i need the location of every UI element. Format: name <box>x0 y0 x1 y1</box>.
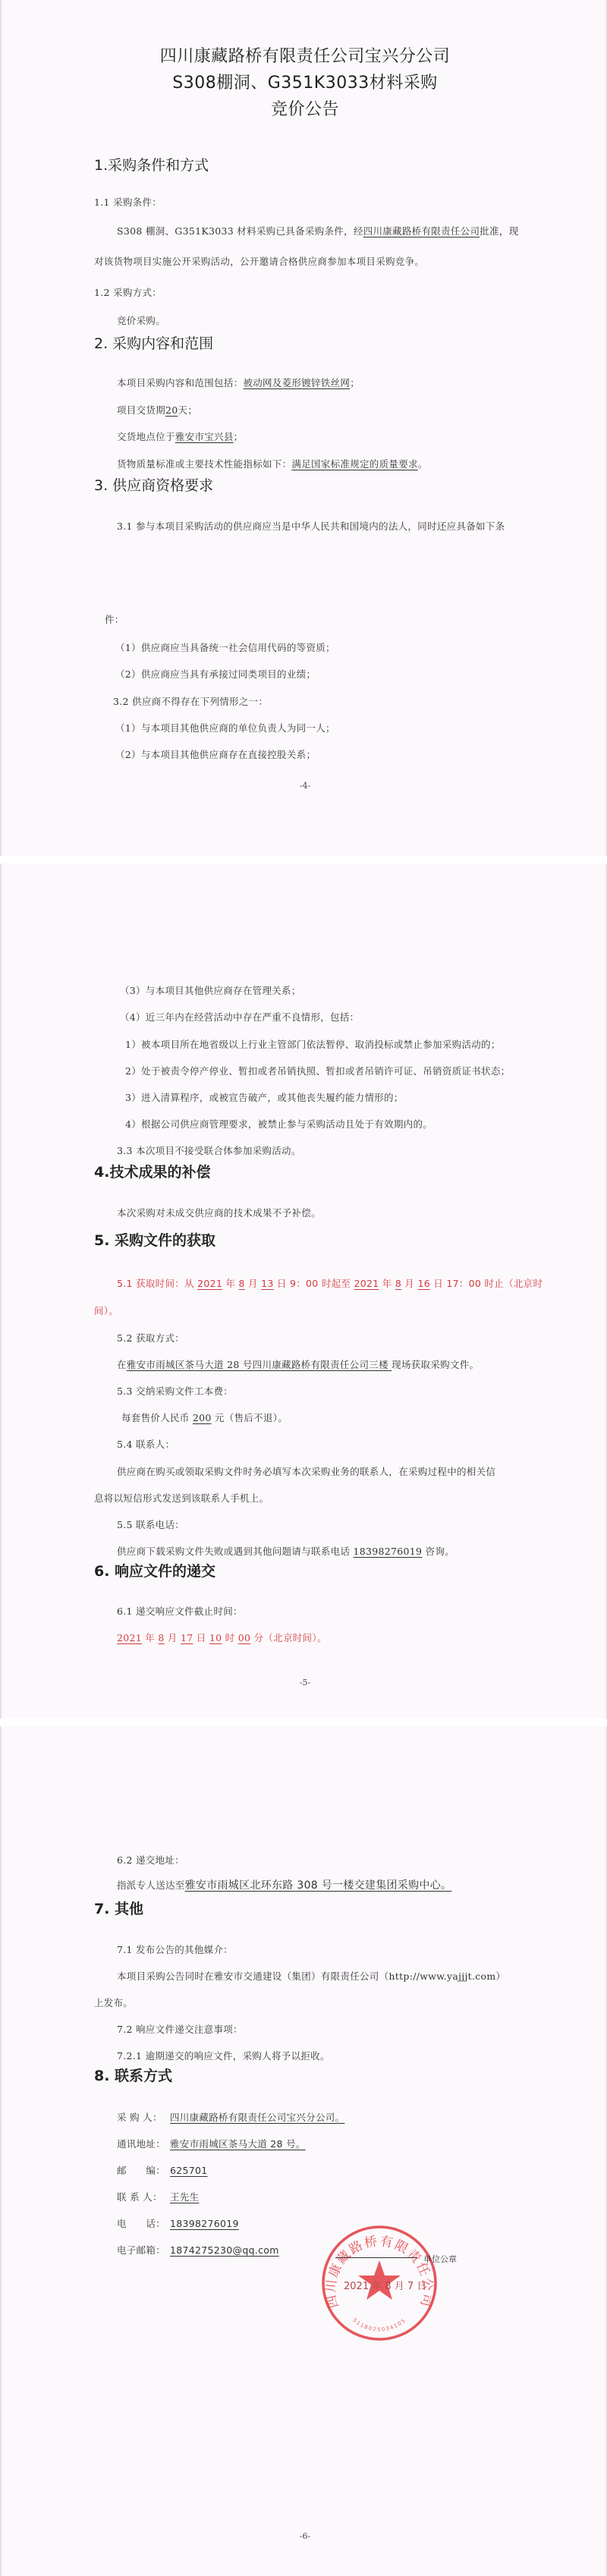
section-5-1-acquisition-time: 5.1 获取时间：从 2021 年 8 月 13 日 9：00 时起至 2021… <box>117 1276 543 1290</box>
section-3-1-text: 3.1 参与本项目采购活动的供应商应当是中华人民共和国境内的法人，同时还应具备如… <box>117 519 505 533</box>
text-fragment: 日 <box>193 1632 209 1643</box>
section-1-1-text: S308 棚洞、G351K3033 材料采购已具备采购条件，经四川康藏路桥有限责… <box>117 224 518 237</box>
deadline-day: 17 <box>181 1632 193 1643</box>
location-label: 交货地点位于 <box>117 431 175 442</box>
location-value: 雅安市宝兴县 <box>175 431 234 442</box>
text-fragment: 咨询。 <box>422 1546 454 1557</box>
page-number: -6- <box>2 2531 607 2541</box>
quality-label: 货物质量标准或主要技术性能指标如下： <box>117 458 291 470</box>
contact-phone: 18398276019 <box>170 2218 239 2229</box>
contact-label: 通讯地址： <box>117 2137 170 2150</box>
sub-list-item: 3）进入清算程序，或被宣告破产，或其他丧失履约能力情形的； <box>125 1090 404 1104</box>
seal-caption: 单位公章 <box>423 2253 457 2265</box>
text-fragment: S308 棚洞、G351K3033 材料采购已具备采购条件，经 <box>117 225 363 237</box>
mailing-address: 雅安市雨城区茶马大道 28 号。 <box>170 2138 315 2150</box>
text-fragment: 月 <box>165 1632 181 1643</box>
section-4-heading: 4.技术成果的补偿 <box>94 1161 210 1181</box>
section-5-4-text-cont: 息将以短信形式发送到该联系人手机上。 <box>94 1491 269 1505</box>
text-fragment: 日 17：00 时止（北京时 <box>430 1278 543 1289</box>
approver-name: 四川康藏路桥有限责任公司 <box>363 225 480 237</box>
text-fragment: 年 <box>142 1632 158 1643</box>
section-6-2-label: 6.2 递交地址： <box>117 1853 184 1867</box>
section-5-heading: 5. 采购文件的获取 <box>94 1229 215 1250</box>
pickup-address: 雅安市雨城区茶马大道 28 号四川康藏路桥有限责任公司三楼 <box>127 1359 392 1370</box>
contact-row-email: 电子邮箱：1874275230@qq.com <box>117 2243 279 2257</box>
contact-row-phone: 电 话：18398276019 <box>117 2216 239 2230</box>
section-3-3-text: 3.3 本次项目不接受联合体参加采购活动。 <box>117 1143 301 1157</box>
quality-value: 满足国家标准规定的质量要求 <box>291 458 417 470</box>
text-fragment: ； <box>234 431 244 442</box>
sub-list-item: 1）被本项目所在地省级以上行业主管部门依法暂停、取消投标或禁止参加采购活动的； <box>125 1037 501 1051</box>
section-2-heading: 2. 采购内容和范围 <box>94 332 213 353</box>
list-item: （1）与本项目其他供应商的单位负责人为同一人； <box>115 721 335 734</box>
section-7-2-label: 7.2 响应文件递交注意事项： <box>117 2022 243 2036</box>
text-fragment: ； <box>350 377 360 388</box>
end-day: 16 <box>418 1278 431 1289</box>
text-fragment: 每套售价人民币 <box>121 1412 193 1423</box>
contact-phone: 18398276019 <box>353 1546 422 1557</box>
section-5-4-text: 供应商在购买或领取采购文件时务必填写本次采购业务的联系人，在采购过程中的相关信 <box>117 1464 495 1478</box>
document-page-4: 四川康藏路桥有限责任公司宝兴分公司 S308棚洞、G351K3033材料采购 竞… <box>0 0 607 856</box>
text-fragment: 。 <box>418 458 428 470</box>
deadline-year: 2021 <box>117 1632 142 1643</box>
seal-signature-line <box>335 2257 417 2258</box>
document-title-line-1: 四川康藏路桥有限责任公司宝兴分公司 <box>2 43 607 67</box>
start-year: 2021 <box>197 1278 222 1289</box>
section-5-1-cont: 间）。 <box>94 1304 118 1317</box>
contact-label: 联 系 人： <box>117 2190 170 2203</box>
section-1-2-text: 竞价采购。 <box>117 313 165 327</box>
list-item: （3）与本项目其他供应商存在管理关系； <box>120 983 301 997</box>
list-item: （1）供应商应当具备统一社会信用代码的等资质； <box>115 640 335 654</box>
text-fragment: 天； <box>178 404 198 416</box>
section-1-2-label: 1.2 采购方式： <box>94 285 162 299</box>
list-item: （4）近三年内在经营活动中存在严重不良情形，包括： <box>120 1010 359 1024</box>
section-5-5-text: 供应商下载采购文件失败或遇到其他问题请与联系电话 18398276019 咨询。 <box>117 1544 454 1558</box>
purchaser-name: 四川康藏路桥有限责任公司宝兴分公司。 <box>170 2112 354 2123</box>
submission-address: 雅安市雨城区北环东路 308 号一楼交建集团采购中心。 <box>185 1879 452 1892</box>
deadline-minute: 00 <box>238 1632 251 1643</box>
document-title-line-2: S308棚洞、G351K3033材料采购 <box>2 70 607 93</box>
text-fragment: 元（售后不退）。 <box>212 1412 288 1423</box>
section-1-1-label: 1.1 采购条件： <box>94 195 162 209</box>
section-3-heading: 3. 供应商资格要求 <box>94 474 213 495</box>
text-fragment: 年 <box>222 1278 238 1289</box>
section-6-1-label: 6.1 递交响应文件截止时间： <box>117 1604 243 1618</box>
text-fragment: 年 <box>379 1278 395 1289</box>
text-fragment: 日 9：00 时起至 <box>274 1278 354 1289</box>
contact-label: 电 话： <box>117 2216 170 2230</box>
section-5-4-label: 5.4 联系人： <box>117 1437 175 1451</box>
scope-value: 被动网及菱形镀锌铁丝网 <box>243 377 350 388</box>
end-month: 8 <box>395 1278 401 1289</box>
delivery-days: 20 <box>165 404 178 416</box>
page-number: -5- <box>2 1678 607 1687</box>
contact-email: 1874275230@qq.com <box>170 2244 279 2256</box>
list-item: （2）与本项目其他供应商存在直接控股关系； <box>115 747 316 761</box>
sub-list-item: 2）处于被责令停产停业、暂扣或者吊销执照、暂扣或者吊销许可证、吊销资质证书状态； <box>125 1064 510 1077</box>
section-7-heading: 7. 其他 <box>94 1898 143 1918</box>
text-fragment: 时 <box>222 1632 237 1643</box>
delivery-label: 项目交货期 <box>117 404 165 416</box>
document-page-6: 6.2 递交地址： 指派专人送达至雅安市雨城区北环东路 308 号一楼交建集团采… <box>0 1726 607 2576</box>
section-8-heading: 8. 联系方式 <box>94 2065 172 2085</box>
section-4-text: 本次采购对未成交供应商的技术成果不予补偿。 <box>117 1206 321 1219</box>
contact-person: 王先生 <box>170 2191 246 2203</box>
section-7-2-1-text: 7.2.1 逾期递交的响应文件，采购人将予以拒收。 <box>117 2049 330 2062</box>
text-fragment: 月 <box>401 1278 417 1289</box>
document-page-5: （3）与本项目其他供应商存在管理关系； （4）近三年内在经营活动中存在严重不良情… <box>0 863 607 1719</box>
quality-line: 货物质量标准或主要技术性能指标如下：满足国家标准规定的质量要求。 <box>117 457 428 470</box>
page-number: -4- <box>2 781 607 791</box>
start-day: 13 <box>261 1278 274 1289</box>
scope-label: 本项目采购内容和范围包括： <box>117 377 243 388</box>
text-fragment: 分（北京时间）。 <box>250 1632 326 1643</box>
section-5-2-label: 5.2 获取方式： <box>117 1331 184 1345</box>
start-month: 8 <box>239 1278 245 1289</box>
contact-label: 电子邮箱： <box>117 2243 170 2257</box>
section-5-2-text: 在雅安市雨城区茶马大道 28 号四川康藏路桥有限责任公司三楼 现场获取采购文件。 <box>117 1357 479 1371</box>
text-fragment: 批准，现 <box>480 225 518 237</box>
section-5-3-label: 5.3 交纳采购文件工本费： <box>117 1384 233 1398</box>
contact-row-person: 联 系 人：王先生 <box>117 2190 246 2203</box>
section-6-heading: 6. 响应文件的递交 <box>94 1560 215 1581</box>
delivery-location-line: 交货地点位于雅安市宝兴县； <box>117 429 243 443</box>
submission-deadline: 2021 年 8 月 17 日 10 时 00 分（北京时间）。 <box>117 1631 327 1644</box>
contact-row-address: 通讯地址：雅安市雨城区茶马大道 28 号。 <box>117 2137 315 2150</box>
scope-line: 本项目采购内容和范围包括：被动网及菱形镀锌铁丝网； <box>117 376 360 389</box>
contact-row-purchaser: 采 购 人：四川康藏路桥有限责任公司宝兴分公司。 <box>117 2110 354 2124</box>
document-fee-amount: 200 <box>193 1412 212 1423</box>
section-7-1-label: 7.1 发布公告的其他媒介： <box>117 1942 233 1956</box>
sub-list-item: 4）根据公司供应商管理要求，被禁止参与采购活动且处于有效期内的。 <box>125 1117 432 1131</box>
section-5-5-label: 5.5 联系电话： <box>117 1518 184 1531</box>
list-item: （2）供应商应当具有承接过同类项目的业绩； <box>115 667 316 681</box>
section-5-3-text: 每套售价人民币 200 元（售后不退）。 <box>121 1411 288 1424</box>
section-1-1-text-cont: 对该货物项目实施公开采购活动，公开邀请合格供应商参加本项目采购竞争。 <box>94 254 424 268</box>
contact-label: 采 购 人： <box>117 2110 170 2124</box>
text-fragment: 月 <box>245 1278 261 1289</box>
text-fragment: 在 <box>117 1359 127 1370</box>
section-7-1-text: 本项目采购公告同时在雅安市交通建设（集团）有限责任公司（http://www.y… <box>117 1969 505 1983</box>
text-fragment: 指派专人送达至 <box>117 1879 185 1891</box>
document-title-line-3: 竞价公告 <box>2 96 607 120</box>
postal-code: 625701 <box>170 2165 208 2176</box>
text-fragment: 供应商下载采购文件失败或遇到其他问题请与联系电话 <box>117 1546 353 1557</box>
deadline-hour: 10 <box>209 1632 222 1643</box>
seal-date: 2021 年 8 月 7 日 <box>344 2278 426 2292</box>
end-year: 2021 <box>354 1278 379 1289</box>
text-fragment: 现场获取采购文件。 <box>392 1359 479 1370</box>
delivery-period-line: 项目交货期20天； <box>117 403 197 417</box>
section-6-2-text: 指派专人送达至雅安市雨城区北环东路 308 号一楼交建集团采购中心。 <box>117 1877 451 1892</box>
section-7-1-text-cont: 上发布。 <box>94 1996 133 2009</box>
svg-text:5118025034105: 5118025034105 <box>351 2317 407 2332</box>
deadline-month: 8 <box>158 1632 164 1643</box>
text-fragment: 5.1 获取时间：从 <box>117 1278 197 1289</box>
section-3-1-text-cont: 件： <box>105 612 124 626</box>
section-3-2-label: 3.2 供应商不得存在下列情形之一： <box>113 694 268 708</box>
contact-row-postcode: 邮 编：625701 <box>117 2163 208 2177</box>
contact-label: 邮 编： <box>117 2163 170 2177</box>
section-1-heading: 1.采购条件和方式 <box>94 154 209 175</box>
